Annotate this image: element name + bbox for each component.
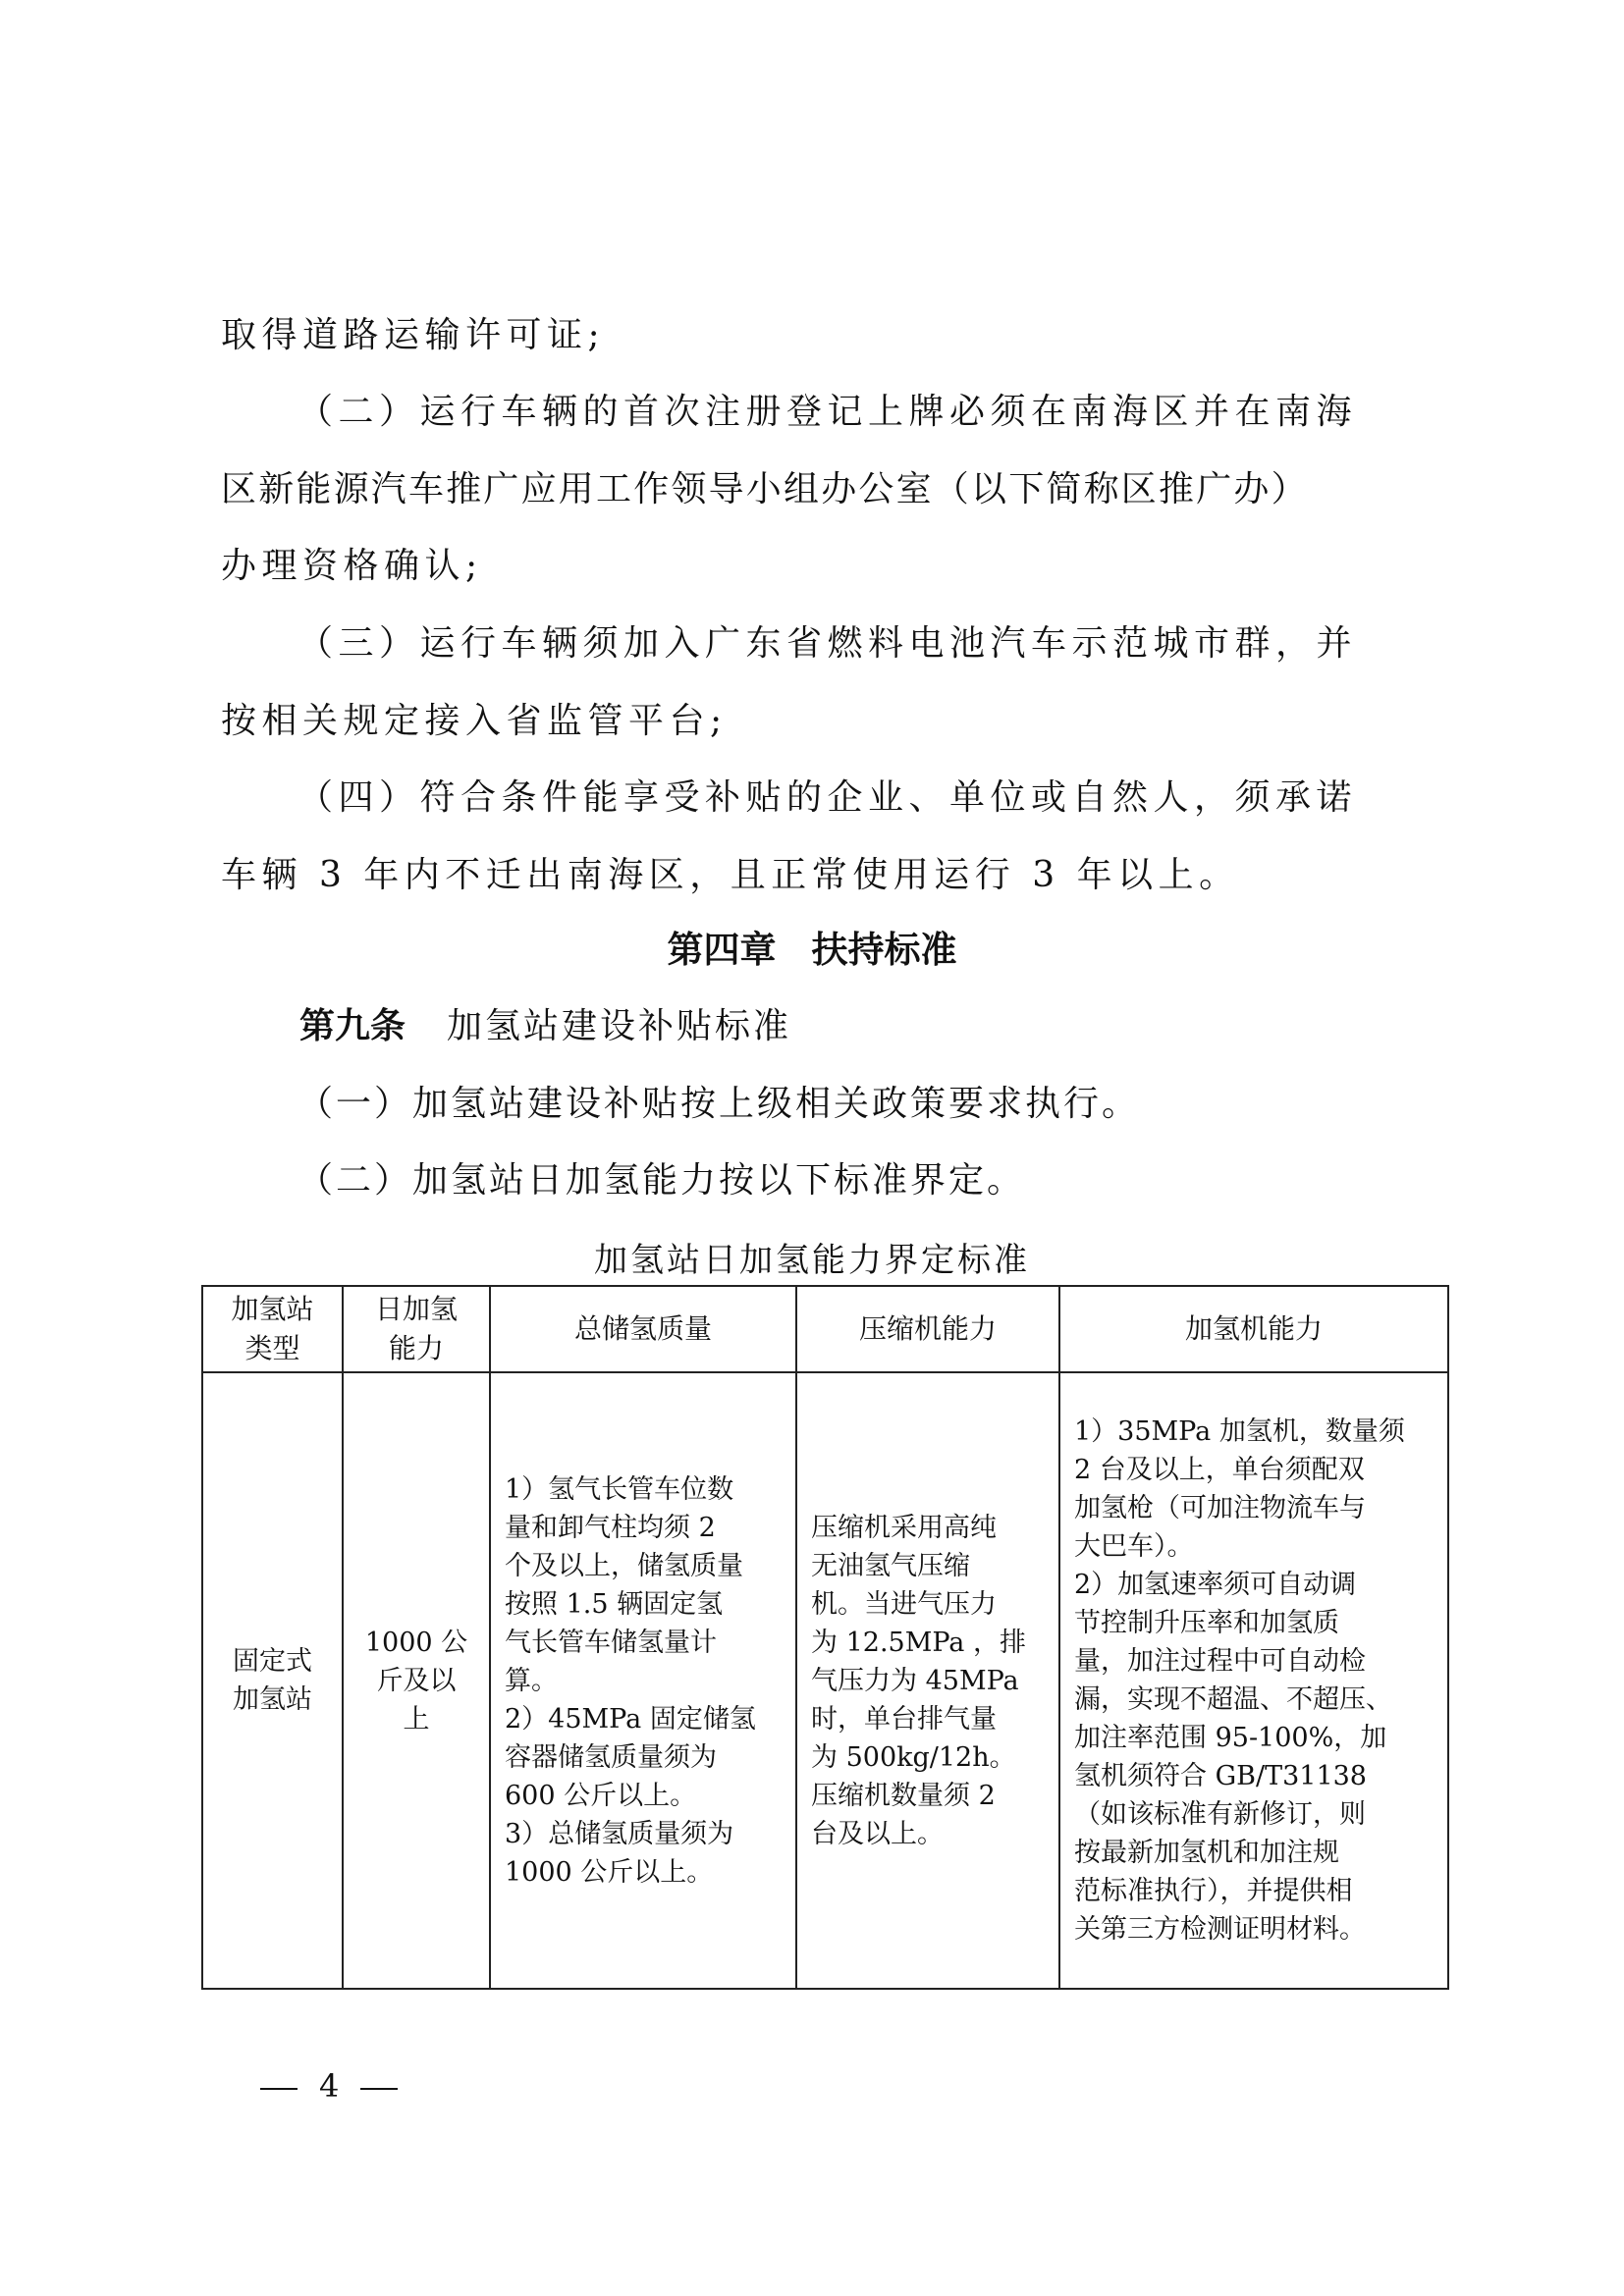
body-line: （三）运行车辆须加入广东省燃料电池汽车示范城市群，并 bbox=[298, 622, 1515, 666]
chapter-number: 第四章 bbox=[668, 929, 777, 971]
dash-left bbox=[260, 2088, 298, 2090]
article-item: （二）加氢站日加氢能力按以下标准界定。 bbox=[298, 1159, 1515, 1202]
body-line: （二）运行车辆的首次注册登记上牌必须在南海区并在南海 bbox=[298, 391, 1515, 434]
cell-station-type: 固定式 加氢站 bbox=[202, 1372, 343, 1989]
header-dispenser: 加氢机能力 bbox=[1059, 1286, 1448, 1372]
body-line: 区新能源汽车推广应用工作领导小组办公室（以下简称区推广办） bbox=[221, 468, 1438, 511]
article-item: （一）加氢站建设补贴按上级相关政策要求执行。 bbox=[298, 1083, 1515, 1126]
cell-dispenser: 1）35MPa 加氢机，数量须 2 台及以上，单台须配双 加氢枪（可加注物流车与… bbox=[1059, 1372, 1448, 1989]
capacity-standard-table: 加氢站 类型 日加氢 能力 总储氢质量 压缩机能力 加氢机能力 固定式 加氢站 bbox=[201, 1285, 1449, 1990]
article-heading: 第九条加氢站建设补贴标准 bbox=[299, 1005, 791, 1048]
header-station-type: 加氢站 类型 bbox=[202, 1286, 343, 1372]
chapter-heading: 第四章扶持标准 bbox=[0, 929, 1624, 972]
table-row: 固定式 加氢站 1000 公 斤及以 上 1）氢气长管车位数 量和卸气柱均须 2… bbox=[202, 1372, 1448, 1989]
cell-total-storage: 1）氢气长管车位数 量和卸气柱均须 2 个及以上，储氢质量 按照 1.5 辆固定… bbox=[490, 1372, 796, 1989]
cell-compressor: 压缩机采用高纯 无油氢气压缩 机。当进气压力 为 12.5MPa ，排 气压力为… bbox=[796, 1372, 1059, 1989]
body-line: （四）符合条件能享受补贴的企业、单位或自然人，须承诺 bbox=[298, 776, 1515, 820]
body-line: 办理资格确认; bbox=[221, 545, 1438, 588]
body-line: 车辆 3 年内不迁出南海区，且正常使用运行 3 年以上。 bbox=[221, 854, 1438, 897]
header-compressor: 压缩机能力 bbox=[796, 1286, 1059, 1372]
article-number: 第九条 bbox=[299, 1006, 406, 1046]
table-header-row: 加氢站 类型 日加氢 能力 总储氢质量 压缩机能力 加氢机能力 bbox=[202, 1286, 1448, 1372]
cell-daily-capacity: 1000 公 斤及以 上 bbox=[343, 1372, 490, 1989]
chapter-title: 扶持标准 bbox=[812, 929, 957, 971]
body-line: 取得道路运输许可证; bbox=[221, 314, 1438, 357]
header-daily-capacity: 日加氢 能力 bbox=[343, 1286, 490, 1372]
body-line: 按相关规定接入省监管平台; bbox=[221, 700, 1438, 743]
header-total-storage: 总储氢质量 bbox=[490, 1286, 796, 1372]
article-title: 加氢站建设补贴标准 bbox=[447, 1006, 791, 1046]
dash-right bbox=[360, 2088, 398, 2090]
page-number: 4 bbox=[260, 2066, 398, 2106]
table-caption: 加氢站日加氢能力界定标准 bbox=[0, 1239, 1624, 1282]
